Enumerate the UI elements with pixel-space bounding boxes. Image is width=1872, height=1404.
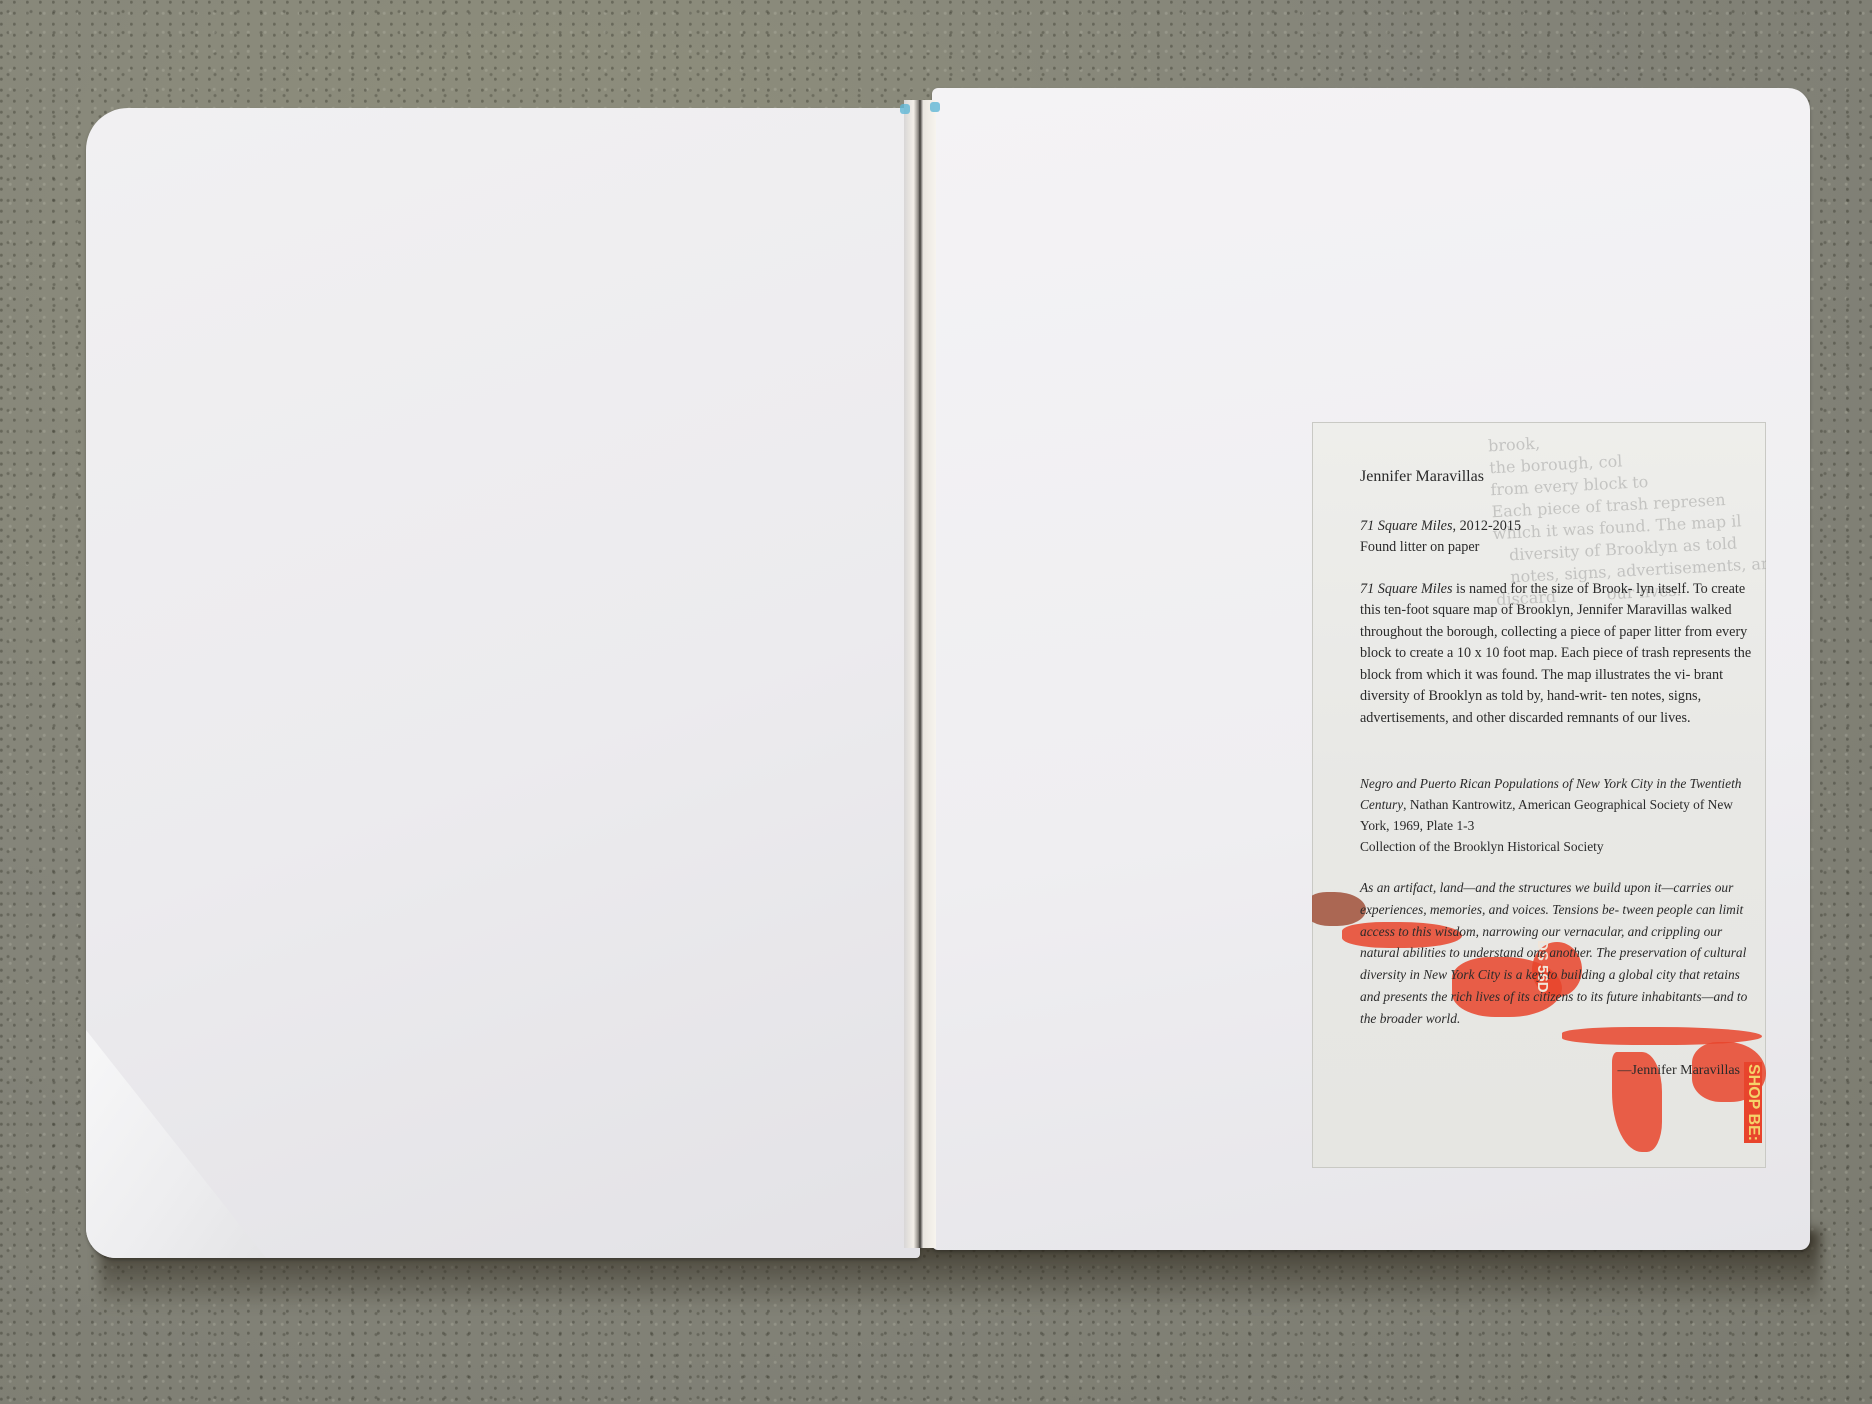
citation-details: , Nathan Kantrowitz, American Geographic… — [1360, 797, 1733, 833]
red-stain — [1312, 892, 1366, 926]
description-title: 71 Square Miles — [1360, 581, 1452, 597]
citation-collection: Collection of the Brooklyn Historical So… — [1360, 839, 1604, 854]
work-dates: , 2012-2015 — [1452, 518, 1521, 534]
spine-tear-icon — [930, 102, 940, 112]
spine-tear-icon — [900, 104, 910, 114]
description-text: is named for the size of Brook- lyn itse… — [1360, 581, 1751, 726]
map-citation: Negro and Puerto Rican Populations of Ne… — [1360, 773, 1760, 857]
exhibition-label: brook, the borough, col from every block… — [1312, 422, 1766, 1168]
label-content: Jennifer Maravillas 71 Square Miles, 201… — [1360, 466, 1760, 1081]
left-page — [86, 108, 920, 1258]
work-description: 71 Square Miles is named for the size of… — [1360, 579, 1760, 730]
work-title-line: 71 Square Miles, 2012-2015 — [1360, 516, 1760, 538]
book-spine — [904, 100, 936, 1248]
artist-quote: As an artifact, land—and the structures … — [1360, 877, 1760, 1030]
quote-signature: —Jennifer Maravillas — [1360, 1060, 1760, 1082]
work-medium: Found litter on paper — [1360, 537, 1760, 559]
work-title: 71 Square Miles — [1360, 518, 1452, 534]
artist-name: Jennifer Maravillas — [1360, 466, 1760, 488]
